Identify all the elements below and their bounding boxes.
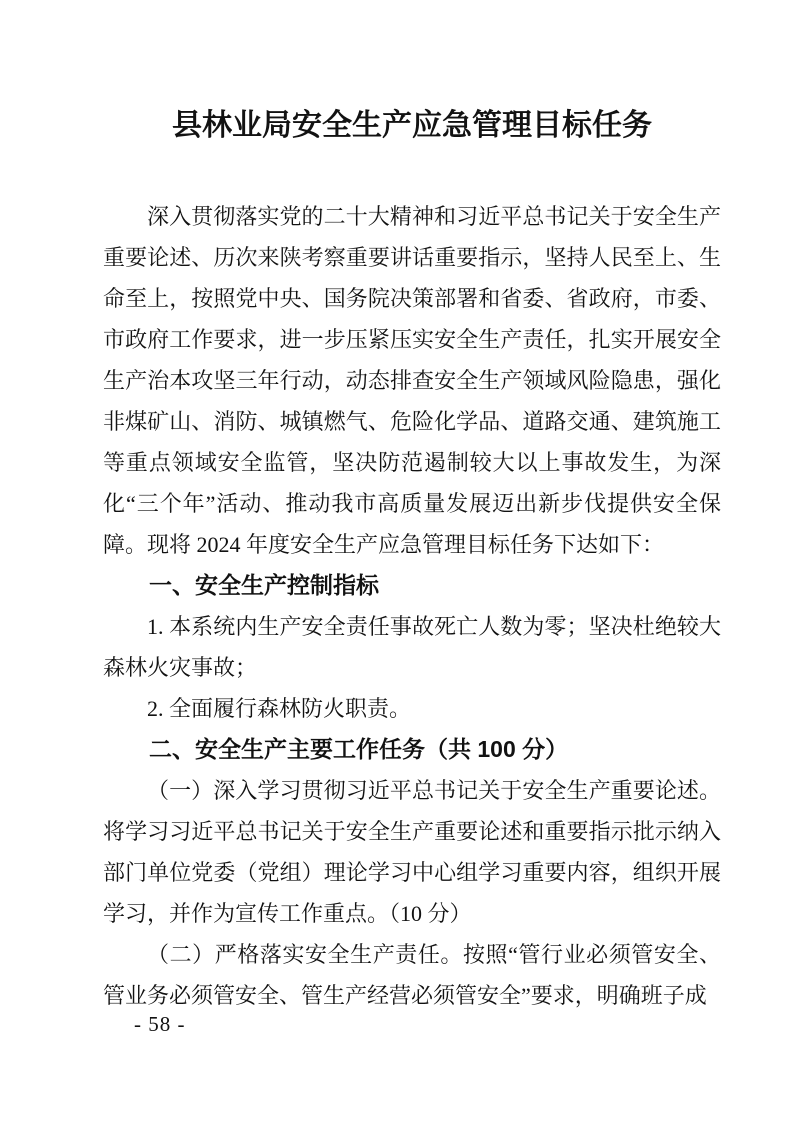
document-title: 县林业局安全生产应急管理目标任务: [103, 104, 721, 148]
document-body: 深入贯彻落实党的二十大精神和习近平总书记关于安全生产重要论述、历次来陕考察重要讲…: [103, 196, 721, 1016]
page-number: - 58 -: [134, 1010, 186, 1038]
list-item-1: 1. 本系统内生产安全责任事故死亡人数为零；坚决杜绝较大森林火灾事故；: [103, 606, 721, 688]
document-page: 县林业局安全生产应急管理目标任务 深入贯彻落实党的二十大精神和习近平总书记关于安…: [0, 0, 793, 1122]
list-item-2: 2. 全面履行森林防火职责。: [103, 688, 721, 729]
paragraph-task-2: （二）严格落实安全生产责任。按照“管行业必须管安全、管业务必须管安全、管生产经营…: [103, 934, 721, 1016]
heading-section-1: 一、安全生产控制指标: [103, 565, 721, 606]
heading-section-2: 二、安全生产主要工作任务（共 100 分）: [103, 729, 721, 770]
paragraph-intro: 深入贯彻落实党的二十大精神和习近平总书记关于安全生产重要论述、历次来陕考察重要讲…: [103, 196, 721, 565]
paragraph-task-1: （一）深入学习贯彻习近平总书记关于安全生产重要论述。将学习习近平总书记关于安全生…: [103, 770, 721, 934]
